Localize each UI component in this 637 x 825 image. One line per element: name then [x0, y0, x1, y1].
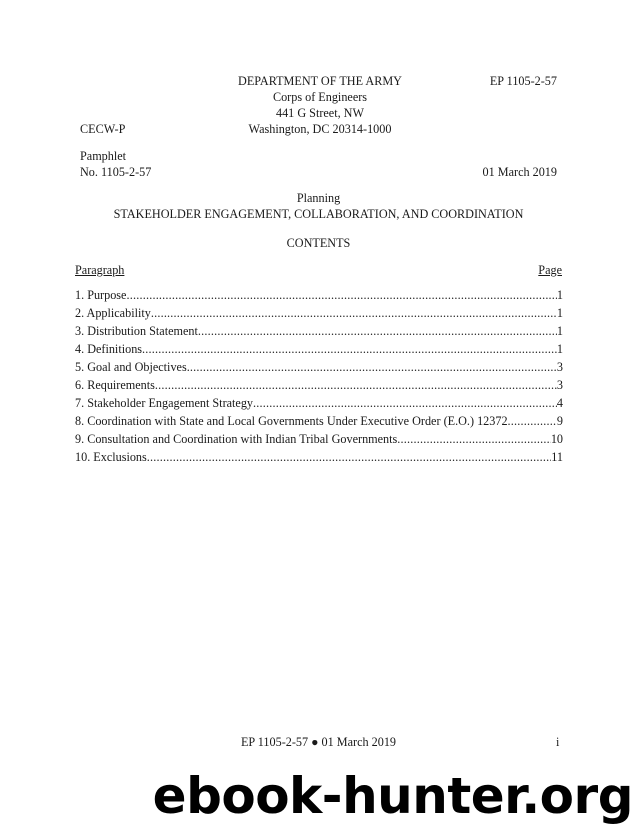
toc-entry-page: 1: [557, 287, 563, 303]
toc-entry-page: 1: [557, 305, 563, 321]
toc-dot-leader: [147, 449, 551, 465]
toc-dot-leader: [151, 305, 557, 321]
toc-entry-label: 1. Purpose: [75, 287, 126, 303]
toc-entry-label: 9. Consultation and Coordination with In…: [75, 431, 397, 447]
toc-entry-label: 4. Definitions: [75, 341, 142, 357]
running-footer: EP 1105-2-57 ● 01 March 2019: [0, 734, 637, 750]
toc-entry[interactable]: 1. Purpose1: [75, 287, 563, 305]
toc-entry-label: 7. Stakeholder Engagement Strategy: [75, 395, 253, 411]
toc-entry[interactable]: 9. Consultation and Coordination with In…: [75, 431, 563, 449]
city-address: Washington, DC 20314-1000: [180, 121, 460, 137]
toc-dot-leader: [253, 395, 557, 411]
toc-entry-label: 6. Requirements: [75, 377, 155, 393]
department-name: DEPARTMENT OF THE ARMY: [180, 73, 460, 89]
table-of-contents: 1. Purpose12. Applicability13. Distribut…: [75, 287, 563, 467]
toc-entry[interactable]: 2. Applicability1: [75, 305, 563, 323]
toc-entry[interactable]: 8. Coordination with State and Local Gov…: [75, 413, 563, 431]
toc-entry-page: 10: [551, 431, 563, 447]
toc-entry-page: 9: [557, 413, 563, 429]
toc-dot-leader: [142, 341, 557, 357]
document-number: No. 1105-2-57: [80, 164, 151, 180]
toc-entry-label: 5. Goal and Objectives: [75, 359, 187, 375]
document-title: STAKEHOLDER ENGAGEMENT, COLLABORATION, A…: [0, 206, 637, 222]
contents-heading: CONTENTS: [0, 235, 637, 251]
toc-dot-leader: [126, 287, 556, 303]
document-category: Planning: [0, 190, 637, 206]
toc-entry-page: 11: [551, 449, 563, 465]
street-address: 441 G Street, NW: [180, 105, 460, 121]
toc-entry-page: 1: [557, 323, 563, 339]
toc-dot-leader: [508, 413, 557, 429]
toc-entry-label: 3. Distribution Statement: [75, 323, 198, 339]
toc-dot-leader: [187, 359, 557, 375]
publication-id: EP 1105-2-57: [490, 73, 557, 89]
office-symbol: CECW-P: [80, 121, 125, 137]
toc-entry[interactable]: 5. Goal and Objectives3: [75, 359, 563, 377]
toc-dot-leader: [397, 431, 551, 447]
toc-entry-page: 3: [557, 359, 563, 375]
toc-entry-page: 1: [557, 341, 563, 357]
toc-entry-page: 4: [557, 395, 563, 411]
agency-name: Corps of Engineers: [180, 89, 460, 105]
toc-entry-label: 8. Coordination with State and Local Gov…: [75, 413, 508, 429]
toc-dot-leader: [198, 323, 557, 339]
toc-entry[interactable]: 7. Stakeholder Engagement Strategy4: [75, 395, 563, 413]
toc-column-page: Page: [538, 262, 562, 278]
document-type: Pamphlet: [80, 148, 126, 164]
toc-entry-page: 3: [557, 377, 563, 393]
toc-column-paragraph: Paragraph: [75, 262, 124, 278]
page-number: i: [556, 734, 559, 750]
toc-entry[interactable]: 10. Exclusions11: [75, 449, 563, 467]
watermark: ebook-hunter.org: [0, 768, 637, 824]
document-date: 01 March 2019: [483, 164, 557, 180]
toc-entry[interactable]: 6. Requirements3: [75, 377, 563, 395]
toc-dot-leader: [155, 377, 557, 393]
toc-entry[interactable]: 3. Distribution Statement1: [75, 323, 563, 341]
toc-entry-label: 10. Exclusions: [75, 449, 147, 465]
toc-entry-label: 2. Applicability: [75, 305, 151, 321]
toc-entry[interactable]: 4. Definitions1: [75, 341, 563, 359]
